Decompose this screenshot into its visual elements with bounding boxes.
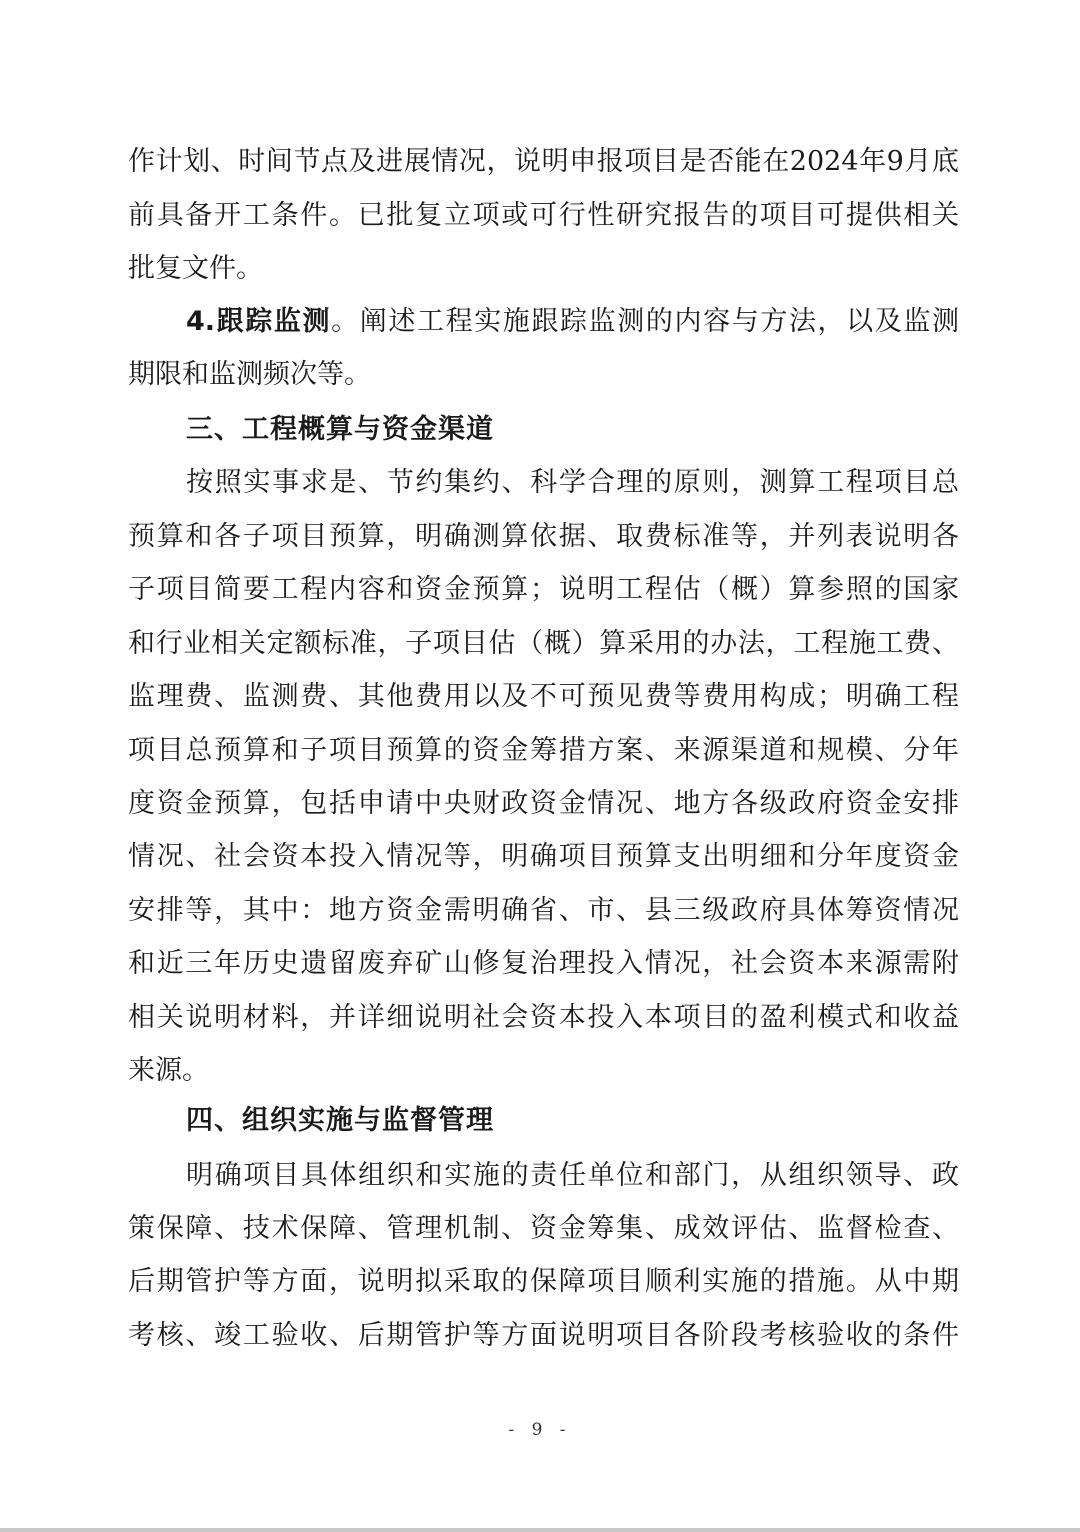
body-line: 来源。: [128, 1051, 959, 1091]
document-page: 作计划、时间节点及进展情况，说明申报项目是否能在2024年9月底 前具备开工条件…: [0, 0, 1080, 1528]
body-line: 和近三年历史遗留废弃矿山修复治理投入情况，社会资本来源需附: [128, 944, 959, 984]
body-line: 度资金预算，包括申请中央财政资金情况、地方各级政府资金安排: [128, 784, 959, 824]
body-line: 后期管护等方面，说明拟采取的保障项目顺利实施的措施。从中期: [128, 1262, 959, 1302]
body-line: 情况、社会资本投入情况等，明确项目预算支出明细和分年度资金: [128, 837, 959, 877]
body-line: 期限和监测频次等。: [128, 355, 959, 395]
body-line: 子项目简要工程内容和资金预算；说明工程估（概）算参照的国家: [128, 570, 959, 610]
body-line: 预算和各子项目预算，明确测算依据、取费标准等，并列表说明各: [128, 517, 959, 557]
section-4-heading: 四、组织实施与监督管理: [186, 1101, 959, 1141]
body-line: 明确项目具体组织和实施的责任单位和部门，从组织领导、政: [186, 1156, 959, 1196]
body-line: 和行业相关定额标准，子项目估（概）算采用的办法，工程施工费、: [128, 624, 959, 664]
body-line: 考核、竣工验收、后期管护等方面说明项目各阶段考核验收的条件: [128, 1316, 959, 1356]
body-line: 批复文件。: [128, 249, 959, 289]
body-line: 作计划、时间节点及进展情况，说明申报项目是否能在2024年9月底: [128, 142, 959, 182]
item-4-paragraph: 4.跟踪监测。阐述工程实施跟踪监测的内容与方法，以及监测: [186, 302, 959, 342]
body-line: 监理费、监测费、其他费用以及不可预见费等费用构成；明确工程: [128, 677, 959, 717]
item-4-text: 。阐述工程实施跟踪监测的内容与方法，以及监测: [331, 306, 959, 337]
body-line: 相关说明材料，并详细说明社会资本投入本项目的盈利模式和收益: [128, 998, 959, 1038]
item-4-label: 4.跟踪监测: [186, 306, 331, 337]
body-line: 前具备开工条件。已批复立项或可行性研究报告的项目可提供相关: [128, 196, 959, 236]
page-number: - 9 -: [0, 1420, 1080, 1440]
body-line: 按照实事求是、节约集约、科学合理的原则，测算工程项目总: [186, 463, 959, 503]
section-3-heading: 三、工程概算与资金渠道: [186, 410, 959, 450]
page-bottom-edge: [0, 1528, 1080, 1532]
body-line: 项目总预算和子项目预算的资金筹措方案、来源渠道和规模、分年: [128, 731, 959, 771]
body-line: 策保障、技术保障、管理机制、资金筹集、成效评估、监督检查、: [128, 1209, 959, 1249]
body-line: 安排等，其中：地方资金需明确省、市、县三级政府具体筹资情况: [128, 891, 959, 931]
